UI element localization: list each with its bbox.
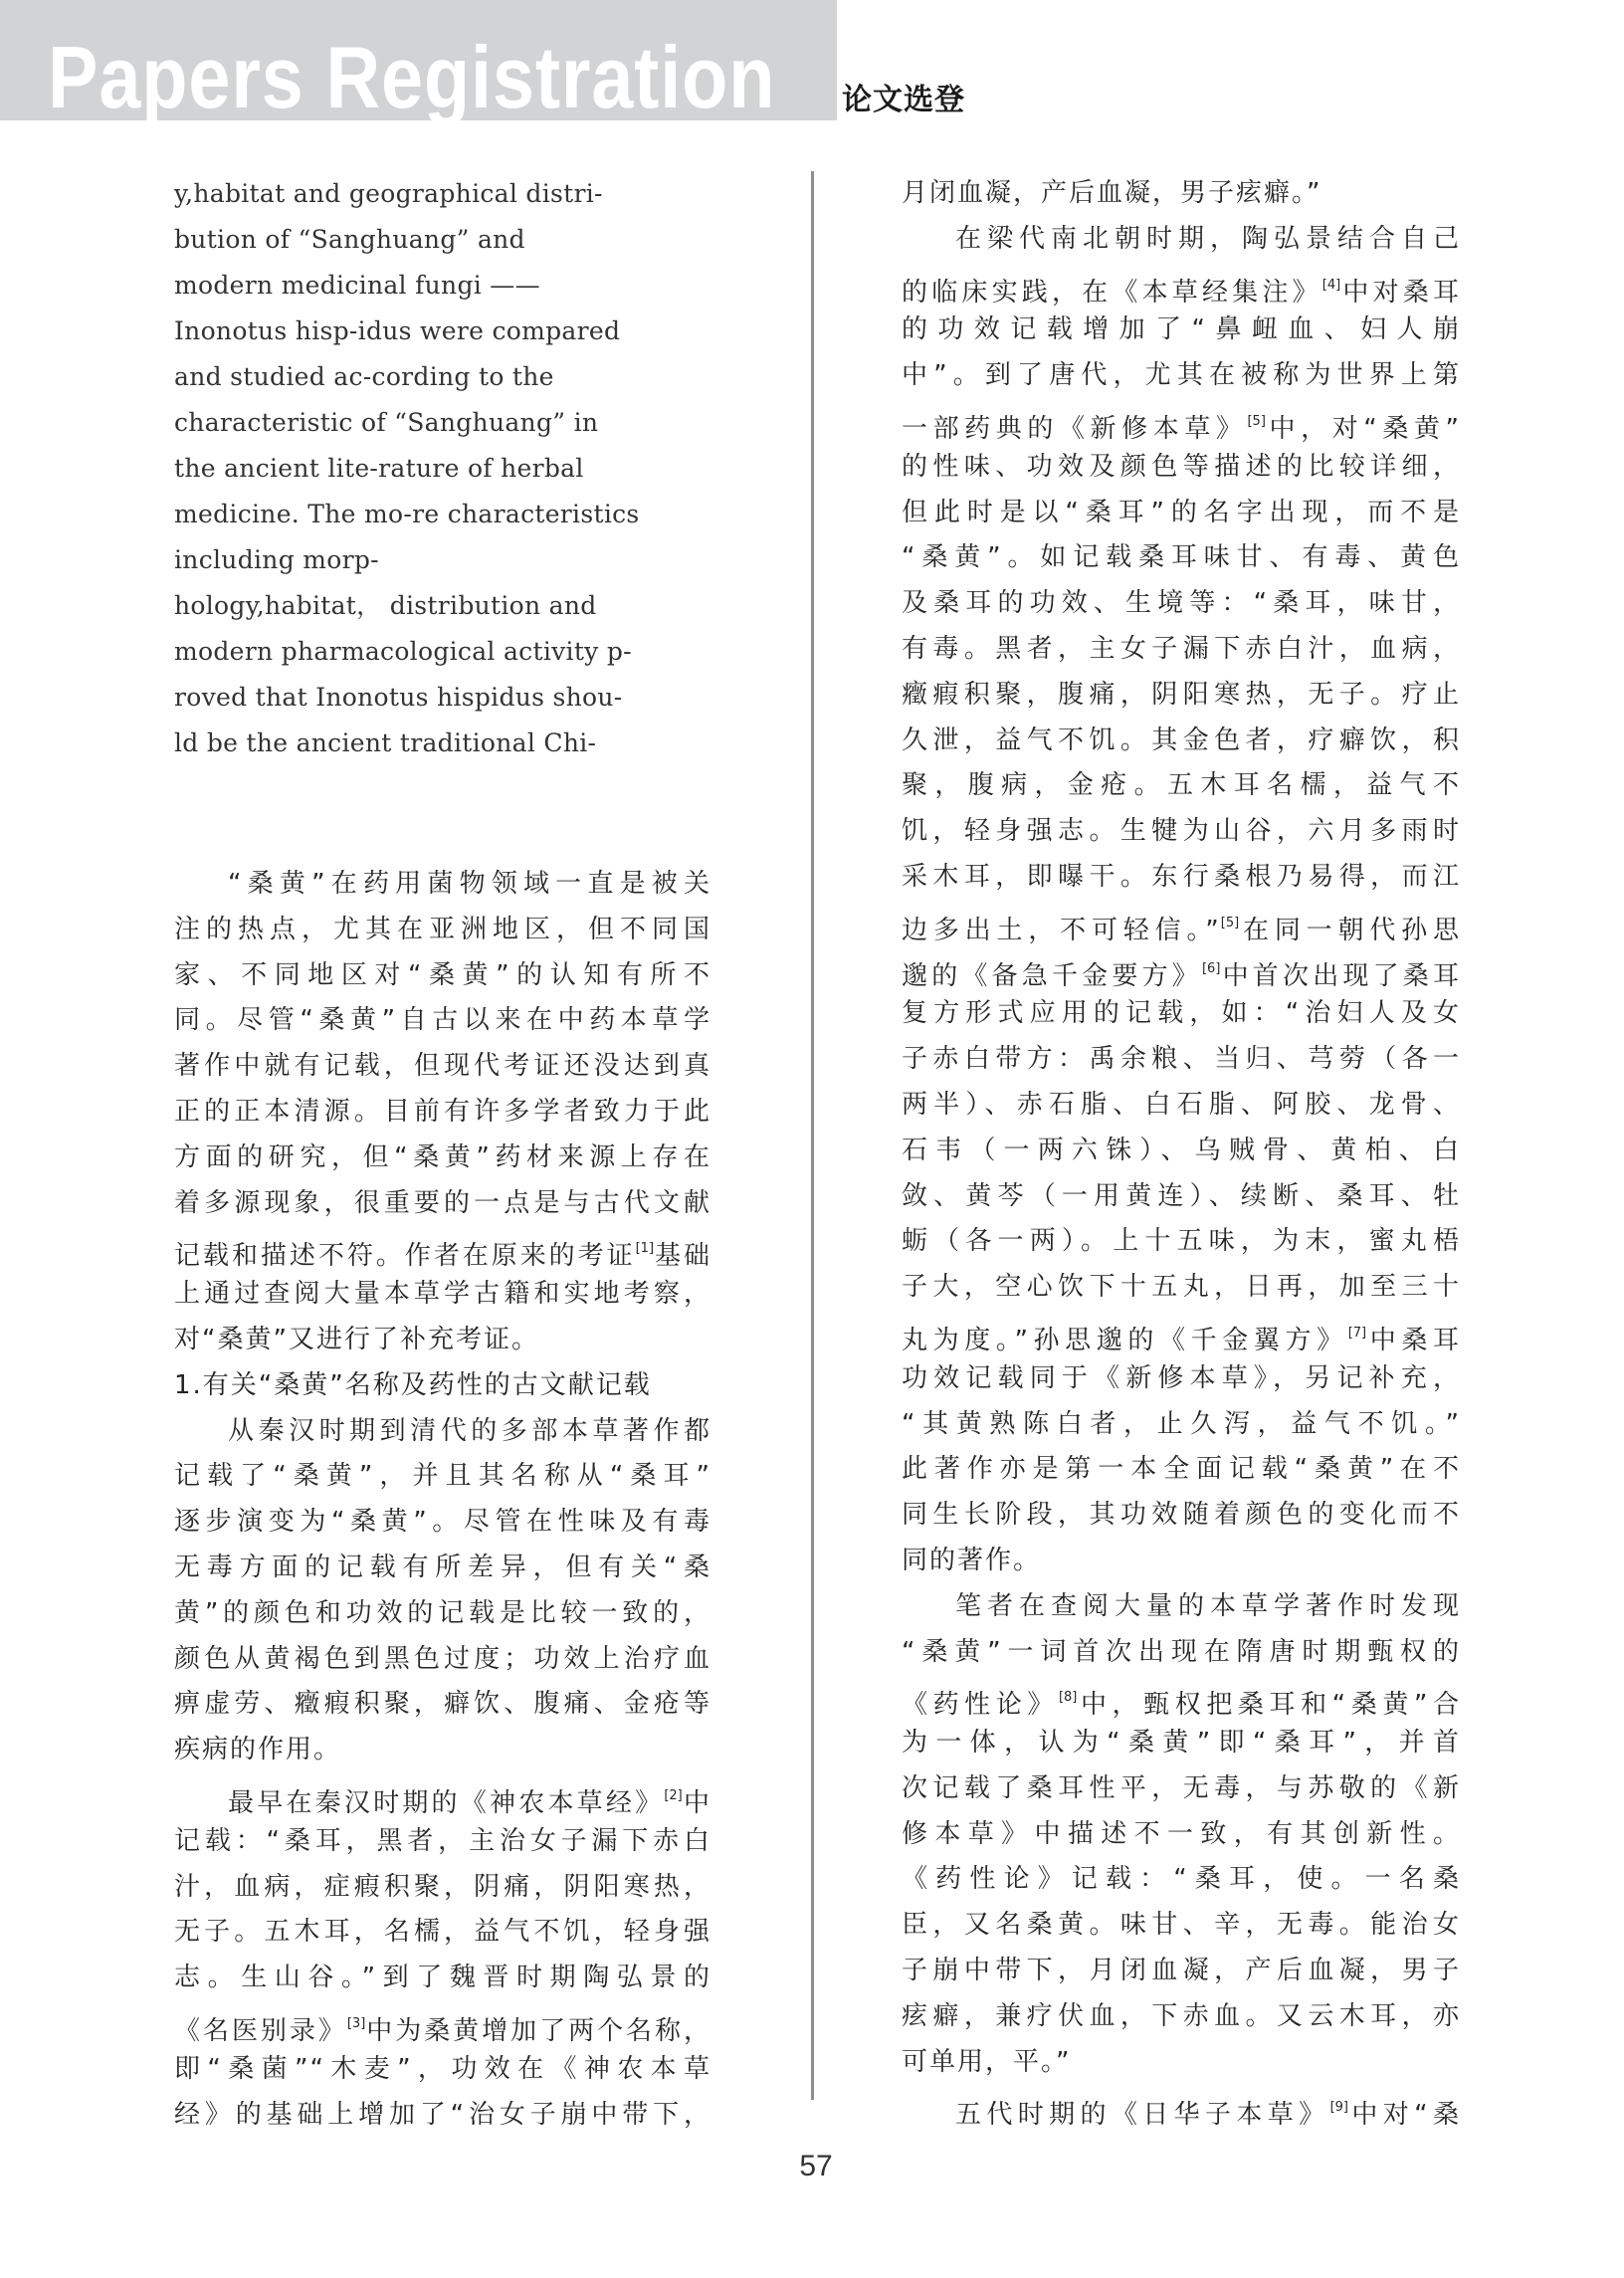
text-line: 臣，又名桑黄。味甘、辛，无毒。能治女: [902, 1903, 1461, 1949]
text-line: “桑黄”在药用菌物领域一直是被关: [174, 862, 711, 908]
text-line: 石韦（一两六铢）、乌贼骨、黄柏、白: [902, 1129, 1461, 1174]
text-run: 基础: [654, 1241, 711, 1271]
text-run: 边多出土，不可轻信。”: [902, 916, 1221, 945]
abstract-line: the ancient lite-rature of herbal: [174, 446, 711, 492]
citation-ref: [7]: [1348, 1326, 1366, 1341]
text-line: 子崩中带下，月闭血凝，产后血凝，男子: [902, 1949, 1461, 1994]
text-run: 在同一朝代孙思: [1239, 916, 1461, 945]
text-line: 月闭血凝，产后血凝，男子痃癖。”: [902, 171, 1461, 217]
text-line: 聚，腹病，金疮。五木耳名檽，益气不: [902, 763, 1461, 809]
text-line: 记载了“桑黄”，并且其名称从“桑耳”: [174, 1454, 711, 1500]
text-line: 痹虚劳、癥瘕积聚，癖饮、腹痛、金疮等: [174, 1682, 711, 1728]
text-line: 痃癖，兼疗伏血，下赤血。又云木耳，亦: [902, 1994, 1461, 2040]
text-line: 从秦汉时期到清代的多部本草著作都: [174, 1409, 711, 1455]
text-run: 五代时期的《日华子本草》: [955, 2100, 1330, 2130]
text-line: 笔者在查阅大量的本草学著作时发现: [902, 1584, 1461, 1630]
abstract-line: Inonotus hisp-idus were compared: [174, 309, 711, 354]
citation-ref: [5]: [1221, 916, 1239, 931]
abstract-line: and studied ac-cording to the: [174, 354, 711, 400]
citation-ref: [5]: [1247, 414, 1265, 429]
text-line: 《药性论》[8]中，甄权把桑耳和“桑黄”合: [902, 1675, 1461, 1721]
text-line: 方面的研究，但“桑黄”药材来源上存在: [174, 1136, 711, 1181]
citation-ref: [3]: [347, 2016, 365, 2031]
text-line: 癥瘕积聚，腹痛，阴阳寒热，无子。疗止: [902, 673, 1461, 719]
left-column: y,habitat and geographical distri- butio…: [174, 171, 711, 2138]
text-line: 中”。到了唐代，尤其在被称为世界上第: [902, 353, 1461, 399]
text-line: 家、不同地区对“桑黄”的认知有所不: [174, 953, 711, 999]
text-line: 汁，血病，症瘕积聚，阴痛，阴阳寒热，: [174, 1865, 711, 1911]
text-run: 中，甄权把桑耳和“桑黄”合: [1077, 1690, 1461, 1720]
text-run: 中为桑黄增加了两个名称，: [365, 2016, 711, 2046]
text-line: 对“桑黄”又进行了补充考证。: [174, 1318, 711, 1363]
text-run: 《名医别录》: [174, 2016, 347, 2046]
text-line: 此著作亦是第一本全面记载“桑黄”在不: [902, 1447, 1461, 1493]
text-line: 复方形式应用的记载，如：“治妇人及女: [902, 991, 1461, 1037]
abstract-line: modern medicinal fungi ——: [174, 263, 711, 309]
abstract-line: hology,habitat， distribution and: [174, 583, 711, 629]
text-line: 的临床实践，在《本草经集注》[4]中对桑耳: [902, 263, 1461, 309]
text-line: 久泄，益气不饥。其金色者，疗癖饮，积: [902, 719, 1461, 764]
text-run: 的临床实践，在《本草经集注》: [902, 278, 1322, 308]
text-line: “其黄熟陈白者，止久泻，益气不饥。”: [902, 1402, 1461, 1448]
text-run: 记载和描述不符。作者在原来的考证: [174, 1241, 636, 1271]
citation-ref: [4]: [1322, 278, 1340, 293]
text-line: 可单用，平。”: [902, 2040, 1461, 2086]
text-line: 采木耳，即曝干。东行桑根乃易得，而江: [902, 855, 1461, 901]
text-line: 经》的基础上增加了“治女子崩中带下，: [174, 2093, 711, 2139]
section-paragraph-1: 从秦汉时期到清代的多部本草著作都 记载了“桑黄”，并且其名称从“桑耳” 逐步演变…: [174, 1409, 711, 1773]
page-number: 57: [791, 2150, 841, 2183]
column-divider: [811, 171, 814, 2100]
abstract-line: ld be the ancient traditional Chi-: [174, 721, 711, 766]
text-line: 但此时是以“桑耳”的名字出现，而不是: [902, 491, 1461, 536]
text-line: 逐步演变为“桑黄”。尽管在性味及有毒: [174, 1500, 711, 1546]
text-line: 丸为度。”孙思邈的《千金翼方》[7]中桑耳: [902, 1311, 1461, 1356]
text-run: 《药性论》: [902, 1690, 1059, 1720]
text-run: 中对“桑: [1348, 2100, 1461, 2130]
text-line: 两半）、赤石脂、白石脂、阿胶、龙骨、: [902, 1083, 1461, 1129]
abstract-line: modern pharmacological activity p-: [174, 629, 711, 675]
text-line: 上通过查阅大量本草学古籍和实地考察，: [174, 1272, 711, 1318]
abstract-line: including morp-: [174, 537, 711, 583]
abstract-line: roved that Inonotus hispidus shou-: [174, 675, 711, 721]
text-line: 为一体，认为“桑黄”即“桑耳”，并首: [902, 1721, 1461, 1766]
text-line: 疾病的作用。: [174, 1728, 711, 1773]
text-line: 子赤白带方：禹余粮、当归、芎䓖（各一: [902, 1037, 1461, 1083]
text-line: 蛎（各一两）。上十五味，为末，蜜丸梧: [902, 1219, 1461, 1265]
abstract-spacer: [174, 766, 711, 862]
text-line: 次记载了桑耳性平，无毒，与苏敬的《新: [902, 1766, 1461, 1812]
text-line: 同。尽管“桑黄”自古以来在中药本草学: [174, 998, 711, 1044]
text-line: 记载和描述不符。作者在原来的考证[1]基础: [174, 1226, 711, 1272]
abstract-english: y,habitat and geographical distri- butio…: [174, 171, 711, 766]
citation-ref: [1]: [636, 1241, 654, 1256]
section-heading: 1.有关“桑黄”名称及药性的古文献记载: [174, 1363, 711, 1409]
text-run: 中对桑耳: [1340, 278, 1461, 308]
citation-ref: [9]: [1330, 2100, 1348, 2115]
text-line: 无毒方面的记载有所差异，但有关“桑: [174, 1546, 711, 1591]
abstract-line: y,habitat and geographical distri-: [174, 171, 711, 217]
text-run: 最早在秦汉时期的《神农本草经》: [228, 1788, 664, 1818]
text-line: “桑黄”。如记载桑耳味甘、有毒、黄色: [902, 535, 1461, 581]
text-run: 一部药典的《新修本草》: [902, 414, 1247, 444]
text-line: 注的热点，尤其在亚洲地区，但不同国: [174, 908, 711, 953]
text-line: 五代时期的《日华子本草》[9]中对“桑: [902, 2085, 1461, 2131]
text-line: 着多源现象，很重要的一点是与古代文献: [174, 1181, 711, 1227]
text-line: 同生长阶段，其功效随着颜色的变化而不: [902, 1493, 1461, 1539]
text-line: 饥，轻身强志。生犍为山谷，六月多雨时: [902, 809, 1461, 855]
text-run: 丸为度。”孙思邈的《千金翼方》: [902, 1326, 1348, 1355]
text-line: 的功效记载增加了“鼻衄血、妇人崩: [902, 308, 1461, 353]
header-title-en: Papers Registration: [48, 34, 775, 120]
text-line: 无子。五木耳，名檽，益气不饥，轻身强: [174, 1910, 711, 1956]
citation-ref: [6]: [1202, 961, 1220, 976]
text-run: 中，对“桑黄”: [1266, 414, 1461, 444]
text-run: 中首次出现了桑耳: [1220, 961, 1461, 991]
text-line: 最早在秦汉时期的《神农本草经》[2]中: [174, 1773, 711, 1819]
text-line: 修本草》中描述不一致，有其创新性。: [902, 1812, 1461, 1858]
text-line: 边多出土，不可轻信。”[5]在同一朝代孙思: [902, 901, 1461, 946]
text-line: 记载：“桑耳，黑者，主治女子漏下赤白: [174, 1819, 711, 1865]
text-line: 同的著作。: [902, 1539, 1461, 1584]
header-section-label: 论文选登: [842, 84, 965, 117]
intro-paragraph: “桑黄”在药用菌物领域一直是被关 注的热点，尤其在亚洲地区，但不同国 家、不同地…: [174, 862, 711, 1363]
text-line: 功效记载同于《新修本草》，另记补充，: [902, 1356, 1461, 1402]
text-line: 《名医别录》[3]中为桑黄增加了两个名称，: [174, 2001, 711, 2047]
abstract-line: medicine. The mo-re characteristics: [174, 492, 711, 537]
citation-ref: [2]: [664, 1788, 682, 1803]
text-line: 子大，空心饮下十五丸，日再，加至三十: [902, 1265, 1461, 1311]
text-line: 著作中就有记载，但现代考证还没达到真: [174, 1044, 711, 1090]
text-line: 正的正本清源。目前有许多学者致力于此: [174, 1090, 711, 1136]
text-line: 黄”的颜色和功效的记载是比较一致的，: [174, 1591, 711, 1637]
text-line: 即“桑菌”“木麦”，功效在《神农本草: [174, 2047, 711, 2093]
section-paragraph-2: 最早在秦汉时期的《神农本草经》[2]中 记载：“桑耳，黑者，主治女子漏下赤白 汁…: [174, 1773, 711, 2138]
text-run: 中: [683, 1788, 711, 1818]
text-line: 有毒。黑者，主女子漏下赤白汁，血病，: [902, 627, 1461, 673]
text-line: 志。生山谷。”到了魏晋时期陶弘景的: [174, 1956, 711, 2001]
citation-ref: [8]: [1059, 1690, 1077, 1705]
text-run: 邈的《备急千金要方》: [902, 961, 1202, 991]
text-line: 的性味、功效及颜色等描述的比较详细，: [902, 445, 1461, 491]
text-line: 及桑耳的功效、生境等：“桑耳，味甘，: [902, 581, 1461, 627]
text-line: 颜色从黄褐色到黑色过度；功效上治疗血: [174, 1637, 711, 1683]
text-line: 一部药典的《新修本草》[5]中，对“桑黄”: [902, 399, 1461, 445]
text-line: 邈的《备急千金要方》[6]中首次出现了桑耳: [902, 946, 1461, 992]
text-line: 敛、黄芩（一用黄连）、续断、桑耳、牡: [902, 1174, 1461, 1220]
text-line: 在梁代南北朝时期，陶弘景结合自己: [902, 217, 1461, 263]
header-band: Papers Registration: [0, 0, 837, 120]
text-line: “桑黄”一词首次出现在隋唐时期甄权的: [902, 1630, 1461, 1676]
abstract-line: bution of “Sanghuang” and: [174, 217, 711, 263]
text-line: 《药性论》记载：“桑耳，使。一名桑: [902, 1857, 1461, 1903]
right-column: 月闭血凝，产后血凝，男子痃癖。” 在梁代南北朝时期，陶弘景结合自己 的临床实践，…: [902, 171, 1461, 2131]
abstract-line: characteristic of “Sanghuang” in: [174, 400, 711, 446]
text-run: 中桑耳: [1366, 1326, 1461, 1355]
